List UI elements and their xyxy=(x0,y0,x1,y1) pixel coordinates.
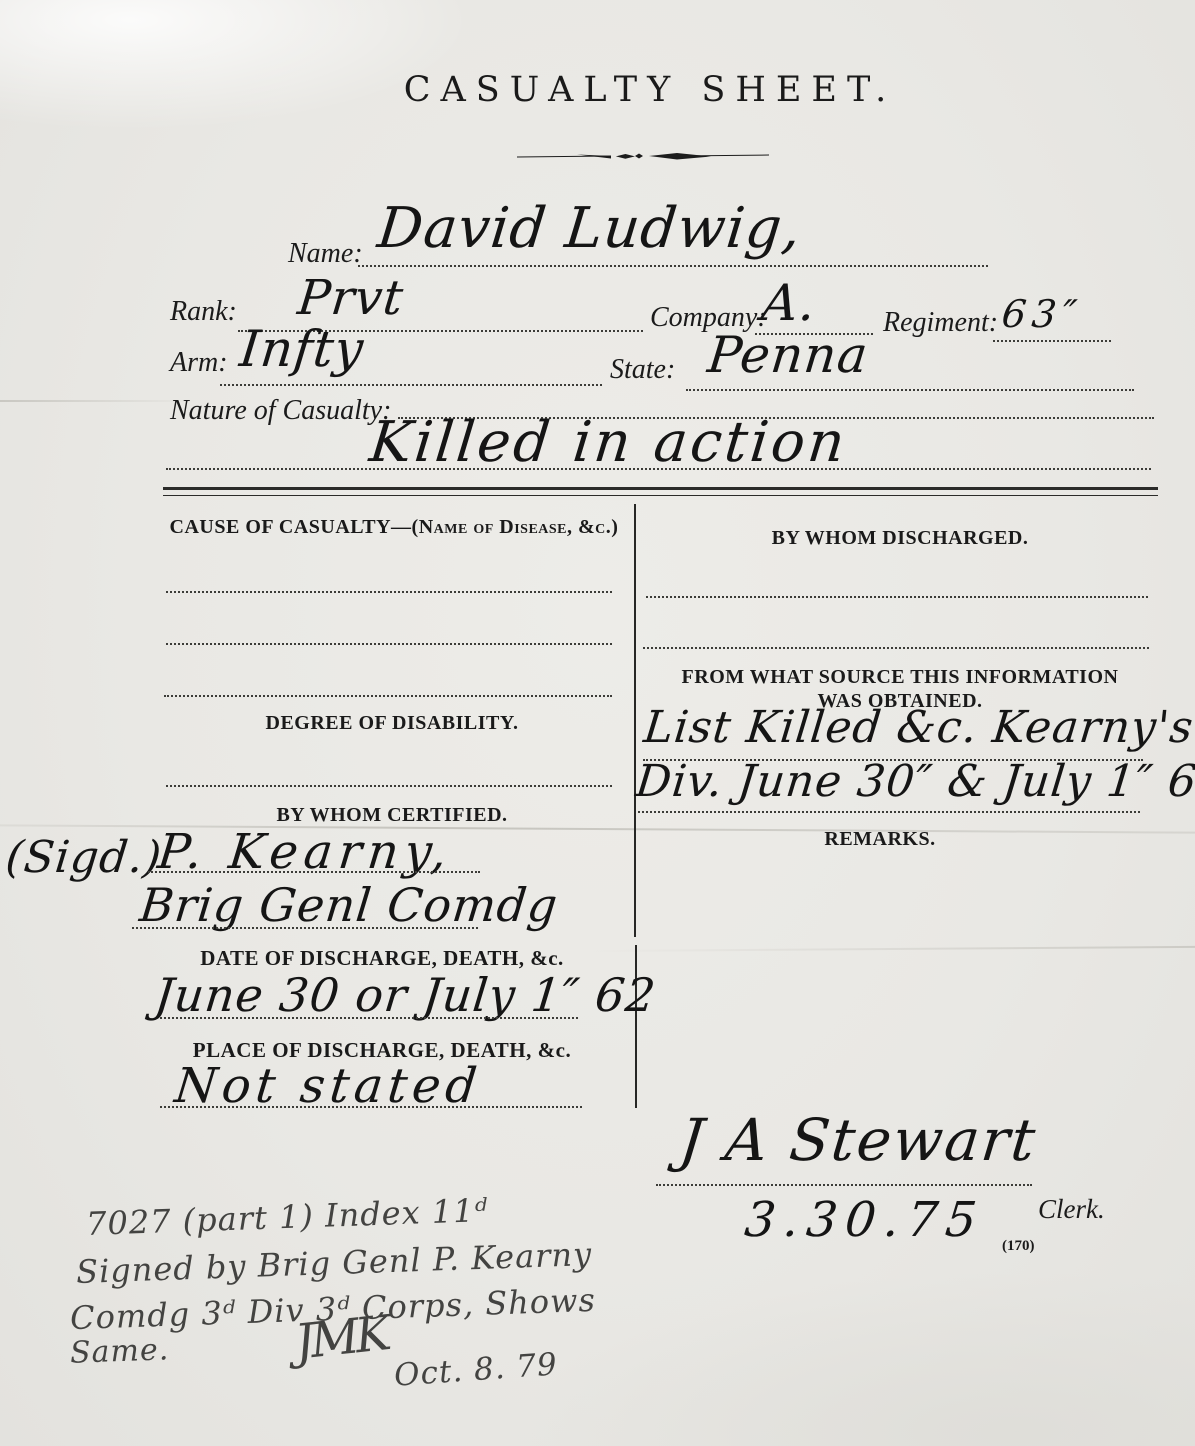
nature-of-casualty-value: Killed in action xyxy=(367,410,851,475)
form-number: (170) xyxy=(1002,1238,1035,1255)
dotted-line xyxy=(166,643,612,645)
dotted-line xyxy=(166,785,612,787)
regiment-value: 63″ xyxy=(1000,292,1085,336)
annotation-monogram: JMK xyxy=(292,1305,390,1370)
dotted-line xyxy=(164,695,612,697)
remarks-header: REMARKS. xyxy=(824,828,935,851)
dotted-line xyxy=(166,591,612,593)
paper-crease xyxy=(590,946,1195,952)
source-value-line2: Div. June 30″ & July 1″ 62. xyxy=(633,756,1195,807)
dotted-line xyxy=(148,871,480,873)
by-whom-discharged-header: BY WHOM DISCHARGED. xyxy=(772,527,1029,550)
page-title: CASUALTY SHEET. xyxy=(404,70,897,110)
dotted-line xyxy=(993,340,1111,342)
dotted-line xyxy=(646,596,1148,598)
dotted-line xyxy=(656,1184,1032,1186)
rank-label: Rank: xyxy=(170,296,237,328)
name-label: Name: xyxy=(288,238,363,270)
dotted-line xyxy=(358,265,988,267)
regiment-label: Regiment: xyxy=(883,307,998,339)
clerk-signature: J A Stewart xyxy=(676,1106,1040,1174)
arm-label: Arm: xyxy=(170,347,228,379)
signature-date: 3.30.75 xyxy=(742,1192,987,1248)
section-double-rule xyxy=(163,487,1158,496)
source-value-line1: List Killed &c. Kearny's xyxy=(641,702,1195,753)
state-value: Penna xyxy=(705,326,871,384)
dotted-line xyxy=(160,1017,578,1019)
state-label: State: xyxy=(610,354,675,386)
dotted-line xyxy=(166,468,1151,470)
certified-signed-prefix: (Sigd.) xyxy=(3,832,164,883)
rank-value: Prvt xyxy=(295,270,407,326)
name-value: David Ludwig, xyxy=(375,196,805,261)
degree-of-disability-header: DEGREE OF DISABILITY. xyxy=(266,712,519,735)
annotation-line4: Same. xyxy=(69,1332,169,1370)
dotted-line xyxy=(638,811,1140,813)
annotation-line1: 7027 (part 1) Index 11ᵈ xyxy=(85,1191,488,1243)
clerk-label: Clerk. xyxy=(1038,1194,1105,1225)
certified-value-line2: Brig Genl Comdg xyxy=(137,878,561,932)
dotted-line xyxy=(220,384,602,386)
dotted-line xyxy=(160,1106,582,1108)
arm-value: Infty xyxy=(237,320,367,378)
casualty-sheet-document: CASUALTY SHEET. Name: David Ludwig, Rank… xyxy=(0,0,1195,1446)
nature-of-casualty-label: Nature of Casualty: xyxy=(170,395,391,427)
cause-of-casualty-header: CAUSE OF CASUALTY—(Name of Disease, &c.) xyxy=(170,516,619,539)
date-of-discharge-value: June 30 or July 1″ 62 xyxy=(152,968,659,1022)
column-divider xyxy=(634,504,636,937)
dotted-line xyxy=(686,389,1134,391)
company-value: A. xyxy=(759,274,819,332)
annotation-date: Oct. 8. 79 xyxy=(393,1346,559,1393)
dotted-line xyxy=(643,647,1149,649)
title-divider-ornament xyxy=(515,146,771,171)
dotted-line xyxy=(132,927,478,929)
